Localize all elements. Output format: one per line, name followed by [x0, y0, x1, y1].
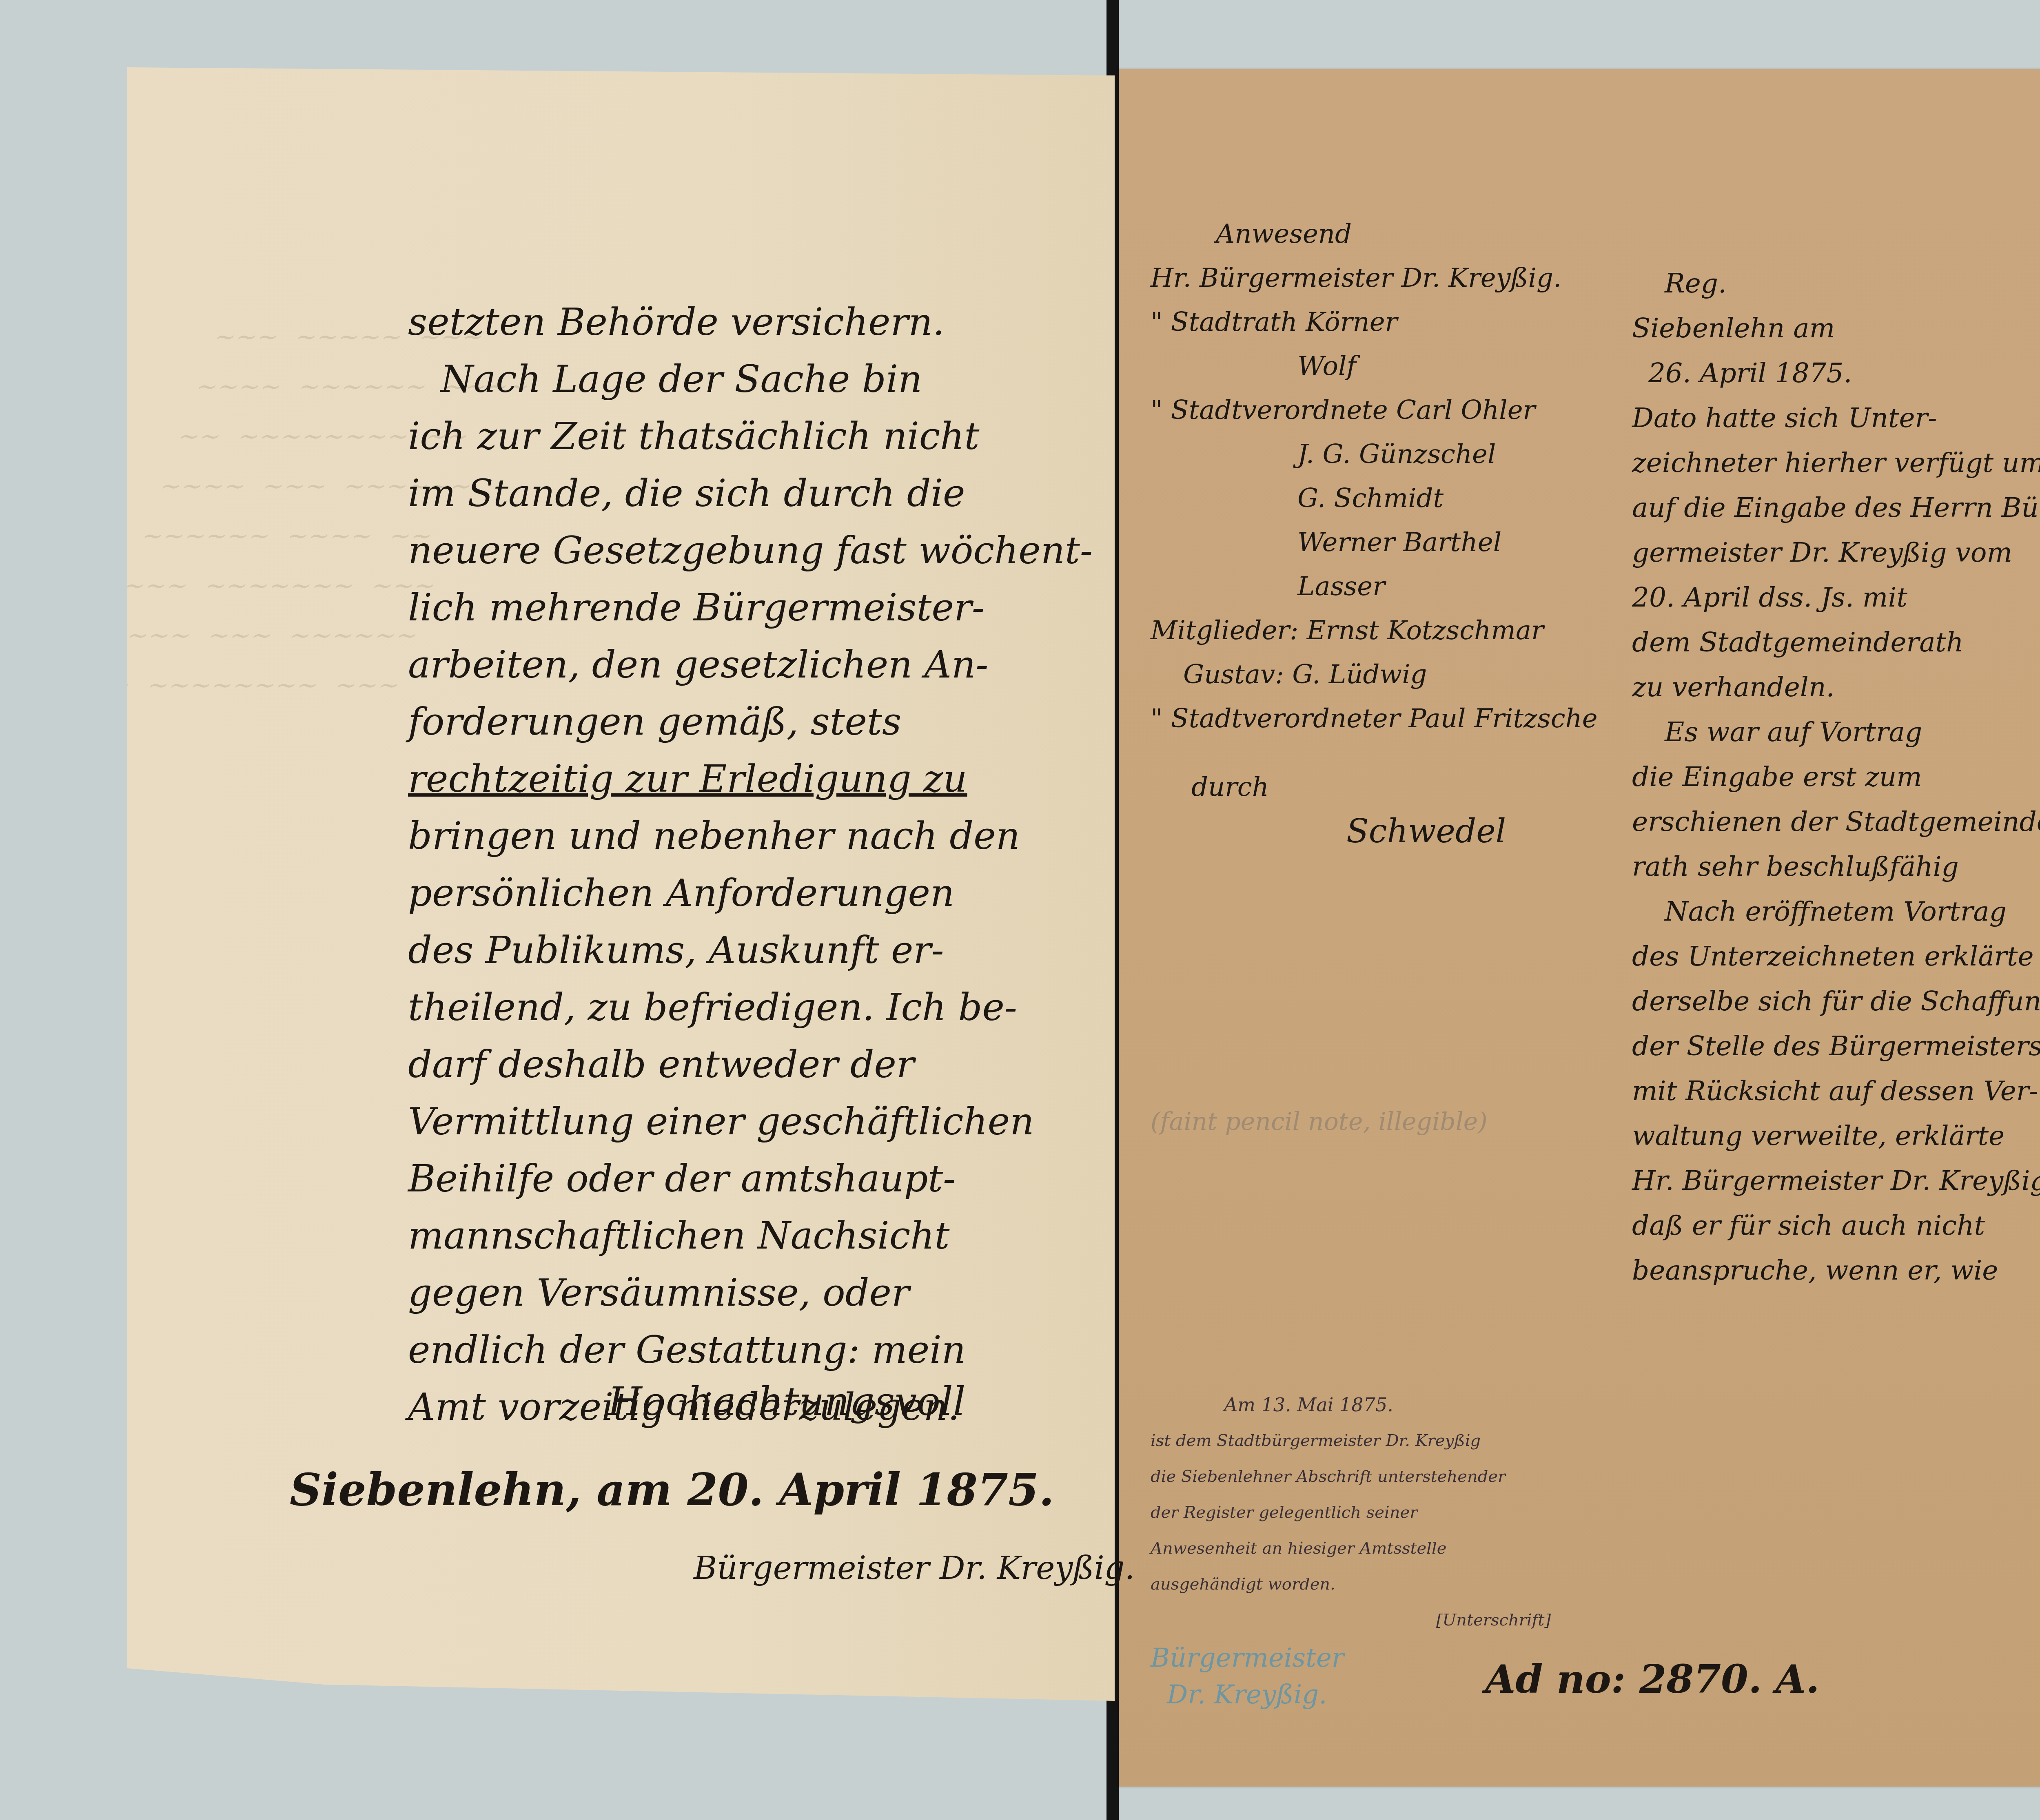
attendance-entry: Gustav: G. Lüdwig — [1151, 653, 1598, 697]
pencil-note: (faint pencil note, illegible) — [1151, 1101, 1488, 1142]
attendance-entry: " Stadtrath Körner — [1151, 300, 1598, 344]
letter-body: setzten Behörde versichern. Nach Lage de… — [408, 294, 1093, 1436]
letter-closing: Hochachtungsvoll — [608, 1379, 965, 1424]
minutes-line: auf die Eingabe des Herrn Bür- — [1632, 485, 2040, 530]
minutes-line: beanspruche, wenn er, wie — [1632, 1248, 2040, 1293]
minutes-line: rath sehr beschlußfähig — [1632, 844, 2040, 889]
letter-line: im Stande, die sich durch die — [408, 465, 1093, 522]
attendance-list: Anwesend Hr. Bürgermeister Dr. Kreyßig. … — [1151, 212, 1598, 853]
blue-pencil-line: Bürgermeister — [1151, 1640, 1344, 1676]
attendance-entry: " Stadtverordnete Carl Ohler — [1151, 388, 1598, 432]
minutes-line: die Eingabe erst zum — [1632, 755, 2040, 799]
attendance-entry: Hr. Bürgermeister Dr. Kreyßig. — [1151, 256, 1598, 300]
receipt-line: der Register gelegentlich seiner — [1151, 1495, 1551, 1530]
letter-line: Vermittlung einer geschäftlichen — [408, 1093, 1093, 1150]
letter-line: ich zur Zeit thatsächlich nicht — [408, 408, 1093, 465]
minutes-line: mit Rücksicht auf dessen Ver- — [1632, 1069, 2040, 1114]
letter-line: theilend, zu befriedigen. Ich be- — [408, 979, 1093, 1036]
letter-line: arbeiten, den gesetzlichen An- — [408, 636, 1093, 693]
letter-line: Nach Lage der Sache bin — [408, 351, 1093, 408]
blue-pencil-line: Dr. Kreyßig. — [1151, 1676, 1344, 1713]
minutes-line: 26. April 1875. — [1632, 351, 2040, 396]
letter-signature: Bürgermeister Dr. Kreyßig. — [694, 1550, 1135, 1587]
attendance-entry: G. Schmidt — [1151, 476, 1598, 520]
receipt-line: ausgehändigt worden. — [1151, 1566, 1551, 1602]
letter-line: endlich der Gestattung: mein — [408, 1322, 1093, 1379]
minutes-line: derselbe sich für die Schaffung — [1632, 979, 2040, 1024]
minutes-line: daß er für sich auch nicht — [1632, 1203, 2040, 1248]
attendance-entry: J. G. Günzschel — [1151, 432, 1598, 476]
attendance-entry: Werner Barthel — [1151, 520, 1598, 565]
letter-line: Beihilfe oder der amtshaupt- — [408, 1150, 1093, 1207]
minutes-line: zu verhandeln. — [1632, 665, 2040, 710]
meeting-minutes: Reg. Siebenlehn am 26. April 1875. Dato … — [1632, 261, 2040, 1293]
letter-line-underlined: rechtzeitig zur Erledigung zu — [408, 751, 1093, 808]
blue-pencil-annotation: Bürgermeister Dr. Kreyßig. — [1151, 1640, 1344, 1713]
receipt-signature: [Unterschrift] — [1151, 1602, 1551, 1638]
letter-line: setzten Behörde versichern. — [408, 294, 1093, 351]
minutes-line: germeister Dr. Kreyßig vom — [1632, 530, 2040, 575]
letter-line: forderungen gemäß, stets — [408, 693, 1093, 751]
minutes-line: Es war auf Vortrag — [1632, 710, 2040, 755]
minutes-line: Dato hatte sich Unter- — [1632, 396, 2040, 441]
attendance-heading: Anwesend — [1151, 212, 1598, 256]
receipt-line: Am 13. Mai 1875. — [1151, 1387, 1551, 1423]
letter-line: mannschaftlichen Nachsicht — [408, 1207, 1093, 1264]
letter-line: persönlichen Anforderungen — [408, 865, 1093, 922]
letter-line: bringen und nebenher nach den — [408, 808, 1093, 865]
reference-number: Ad no: 2870. A. — [1485, 1656, 1820, 1702]
minutes-line: dem Stadtgemeinderath — [1632, 620, 2040, 665]
receipt-note: Am 13. Mai 1875. ist dem Stadtbürgermeis… — [1151, 1387, 1551, 1638]
receipt-line: ist dem Stadtbürgermeister Dr. Kreyßig — [1151, 1423, 1551, 1459]
attendance-entry: Wolf — [1151, 344, 1598, 388]
minutes-line: Hr. Bürgermeister Dr. Kreyßig — [1632, 1158, 2040, 1203]
minutes-line: waltung verweilte, erklärte — [1632, 1114, 2040, 1158]
attendance-signature: Schwedel — [1151, 809, 1598, 853]
letter-place-date: Siebenlehn, am 20. April 1875. — [290, 1464, 1054, 1516]
letter-line: darf deshalb entweder der — [408, 1036, 1093, 1093]
letter-line: des Publikums, Auskunft er- — [408, 922, 1093, 979]
minutes-line: 20. April dss. Js. mit — [1632, 575, 2040, 620]
attendance-entry: " Stadtverordneter Paul Fritzsche — [1151, 697, 1598, 741]
letter-line: neuere Gesetzgebung fast wöchent- — [408, 522, 1093, 579]
minutes-line: zeichneter hierher verfügt um — [1632, 441, 2040, 485]
minutes-line: des Unterzeichneten erklärte — [1632, 934, 2040, 979]
minutes-line: Siebenlehn am — [1632, 306, 2040, 351]
receipt-line: Anwesenheit an hiesiger Amtsstelle — [1151, 1530, 1551, 1566]
attendance-entry: Mitglieder: Ernst Kotzschmar — [1151, 609, 1598, 653]
attendance-entry: durch — [1151, 765, 1598, 809]
letter-line: lich mehrende Bürgermeister- — [408, 579, 1093, 636]
receipt-line: die Siebenlehner Abschrift unterstehende… — [1151, 1459, 1551, 1495]
minutes-line: Reg. — [1632, 261, 2040, 306]
minutes-line: erschienen der Stadtgemeinde- — [1632, 799, 2040, 844]
attendance-entry: Lasser — [1151, 565, 1598, 609]
letter-line: gegen Versäumnisse, oder — [408, 1264, 1093, 1322]
minutes-line: der Stelle des Bürgermeisters — [1632, 1024, 2040, 1069]
minutes-line: Nach eröffnetem Vortrag — [1632, 889, 2040, 934]
